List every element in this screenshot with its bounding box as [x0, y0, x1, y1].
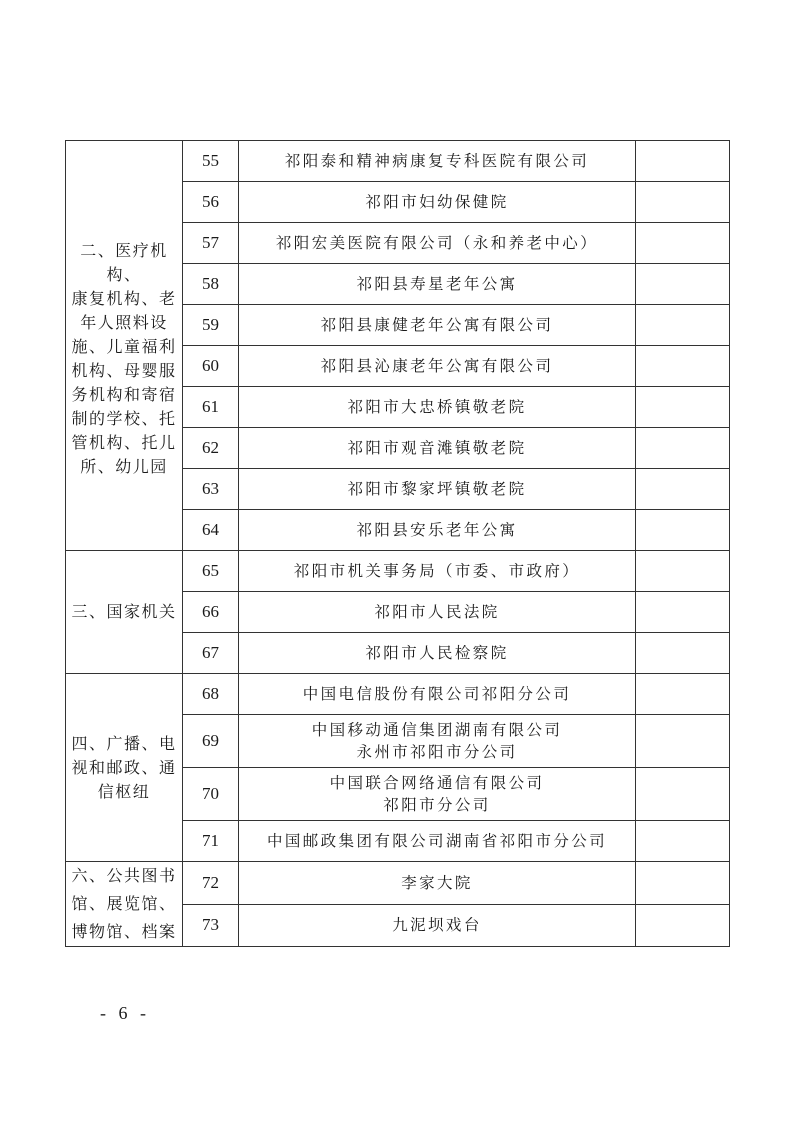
unit-name-line: 中国电信股份有限公司祁阳分公司	[239, 683, 635, 705]
category-cell: 三、国家机关	[66, 551, 183, 674]
note-cell	[636, 264, 730, 305]
category-line: 六、公共图书	[66, 862, 182, 890]
table-row: 六、公共图书 馆、展览馆、 博物馆、档案 72 李家大院	[66, 862, 730, 905]
note-cell	[636, 510, 730, 551]
unit-name-line: 祁阳县康健老年公寓有限公司	[239, 314, 635, 336]
note-cell	[636, 346, 730, 387]
unit-name-line: 九泥坝戏台	[239, 914, 635, 936]
note-cell	[636, 223, 730, 264]
row-number: 69	[183, 715, 239, 768]
row-number: 72	[183, 862, 239, 905]
table-row: 四、广播、电 视和邮政、通 信枢纽 68 中国电信股份有限公司祁阳分公司	[66, 674, 730, 715]
row-number: 67	[183, 633, 239, 674]
unit-name-line: 中国联合网络通信有限公司	[239, 772, 635, 794]
unit-name-line: 祁阳县沁康老年公寓有限公司	[239, 355, 635, 377]
note-cell	[636, 428, 730, 469]
row-number: 59	[183, 305, 239, 346]
category-line: 康复机构、老	[66, 287, 182, 311]
unit-name: 祁阳市机关事务局（市委、市政府）	[239, 551, 636, 592]
unit-name: 中国移动通信集团湖南有限公司 永州市祁阳市分公司	[239, 715, 636, 768]
unit-name-line: 祁阳市机关事务局（市委、市政府）	[239, 560, 635, 582]
note-cell	[636, 715, 730, 768]
note-cell	[636, 141, 730, 182]
row-number: 56	[183, 182, 239, 223]
note-cell	[636, 633, 730, 674]
unit-name-line: 中国邮政集团有限公司湖南省祁阳市分公司	[239, 830, 635, 852]
row-number: 66	[183, 592, 239, 633]
unit-name: 祁阳市黎家坪镇敬老院	[239, 469, 636, 510]
category-line: 三、国家机关	[66, 600, 182, 624]
unit-name: 李家大院	[239, 862, 636, 905]
note-cell	[636, 674, 730, 715]
unit-name-line: 祁阳市分公司	[239, 794, 635, 816]
category-line: 馆、展览馆、	[66, 890, 182, 918]
unit-name-line: 祁阳市人民检察院	[239, 642, 635, 664]
row-number: 60	[183, 346, 239, 387]
unit-name-line: 祁阳泰和精神病康复专科医院有限公司	[239, 150, 635, 172]
note-cell	[636, 305, 730, 346]
category-line: 制的学校、托	[66, 407, 182, 431]
unit-name: 祁阳市人民法院	[239, 592, 636, 633]
row-number: 57	[183, 223, 239, 264]
category-cell: 六、公共图书 馆、展览馆、 博物馆、档案	[66, 862, 183, 947]
category-line: 四、广播、电	[66, 732, 182, 756]
unit-name-line: 祁阳宏美医院有限公司（永和养老中心）	[239, 232, 635, 254]
row-number: 58	[183, 264, 239, 305]
note-cell	[636, 592, 730, 633]
category-line: 视和邮政、通	[66, 756, 182, 780]
category-line: 年人照料设	[66, 311, 182, 335]
table-row: 二、医疗机构、 康复机构、老 年人照料设 施、儿童福利 机构、母婴服 务机构和寄…	[66, 141, 730, 182]
unit-name: 祁阳县寿星老年公寓	[239, 264, 636, 305]
row-number: 68	[183, 674, 239, 715]
unit-name-line: 祁阳市黎家坪镇敬老院	[239, 478, 635, 500]
note-cell	[636, 469, 730, 510]
unit-name: 中国电信股份有限公司祁阳分公司	[239, 674, 636, 715]
unit-name: 祁阳市观音滩镇敬老院	[239, 428, 636, 469]
category-line: 施、儿童福利	[66, 335, 182, 359]
unit-name: 祁阳县安乐老年公寓	[239, 510, 636, 551]
note-cell	[636, 768, 730, 821]
unit-name-line: 祁阳市人民法院	[239, 601, 635, 623]
row-number: 73	[183, 904, 239, 947]
row-number: 61	[183, 387, 239, 428]
unit-name-line: 李家大院	[239, 872, 635, 894]
unit-name: 祁阳县沁康老年公寓有限公司	[239, 346, 636, 387]
unit-list-table: 二、医疗机构、 康复机构、老 年人照料设 施、儿童福利 机构、母婴服 务机构和寄…	[65, 140, 730, 947]
unit-name: 祁阳泰和精神病康复专科医院有限公司	[239, 141, 636, 182]
note-cell	[636, 551, 730, 592]
category-line: 务机构和寄宿	[66, 383, 182, 407]
category-line: 博物馆、档案	[66, 918, 182, 946]
unit-name: 祁阳市妇幼保健院	[239, 182, 636, 223]
row-number: 63	[183, 469, 239, 510]
unit-name-line: 永州市祁阳市分公司	[239, 741, 635, 763]
row-number: 71	[183, 821, 239, 862]
unit-name-line: 中国移动通信集团湖南有限公司	[239, 719, 635, 741]
category-line: 管机构、托儿	[66, 431, 182, 455]
row-number: 64	[183, 510, 239, 551]
row-number: 65	[183, 551, 239, 592]
unit-name: 中国联合网络通信有限公司 祁阳市分公司	[239, 768, 636, 821]
unit-name-line: 祁阳县安乐老年公寓	[239, 519, 635, 541]
unit-name: 祁阳县康健老年公寓有限公司	[239, 305, 636, 346]
unit-name: 祁阳市人民检察院	[239, 633, 636, 674]
category-line: 二、医疗机构、	[66, 239, 182, 287]
unit-name-line: 祁阳市妇幼保健院	[239, 191, 635, 213]
note-cell	[636, 182, 730, 223]
unit-name-line: 祁阳县寿星老年公寓	[239, 273, 635, 295]
row-number: 55	[183, 141, 239, 182]
category-line: 机构、母婴服	[66, 359, 182, 383]
category-cell: 二、医疗机构、 康复机构、老 年人照料设 施、儿童福利 机构、母婴服 务机构和寄…	[66, 141, 183, 551]
unit-name-line: 祁阳市大忠桥镇敬老院	[239, 396, 635, 418]
note-cell	[636, 821, 730, 862]
unit-name: 祁阳宏美医院有限公司（永和养老中心）	[239, 223, 636, 264]
note-cell	[636, 387, 730, 428]
row-number: 70	[183, 768, 239, 821]
table-row: 三、国家机关 65 祁阳市机关事务局（市委、市政府）	[66, 551, 730, 592]
category-cell: 四、广播、电 视和邮政、通 信枢纽	[66, 674, 183, 862]
category-line: 信枢纽	[66, 780, 182, 804]
note-cell	[636, 904, 730, 947]
unit-name: 九泥坝戏台	[239, 904, 636, 947]
page-number: - 6 -	[100, 1003, 150, 1024]
unit-name: 中国邮政集团有限公司湖南省祁阳市分公司	[239, 821, 636, 862]
category-line: 所、幼儿园	[66, 455, 182, 479]
unit-name: 祁阳市大忠桥镇敬老院	[239, 387, 636, 428]
row-number: 62	[183, 428, 239, 469]
unit-name-line: 祁阳市观音滩镇敬老院	[239, 437, 635, 459]
note-cell	[636, 862, 730, 905]
